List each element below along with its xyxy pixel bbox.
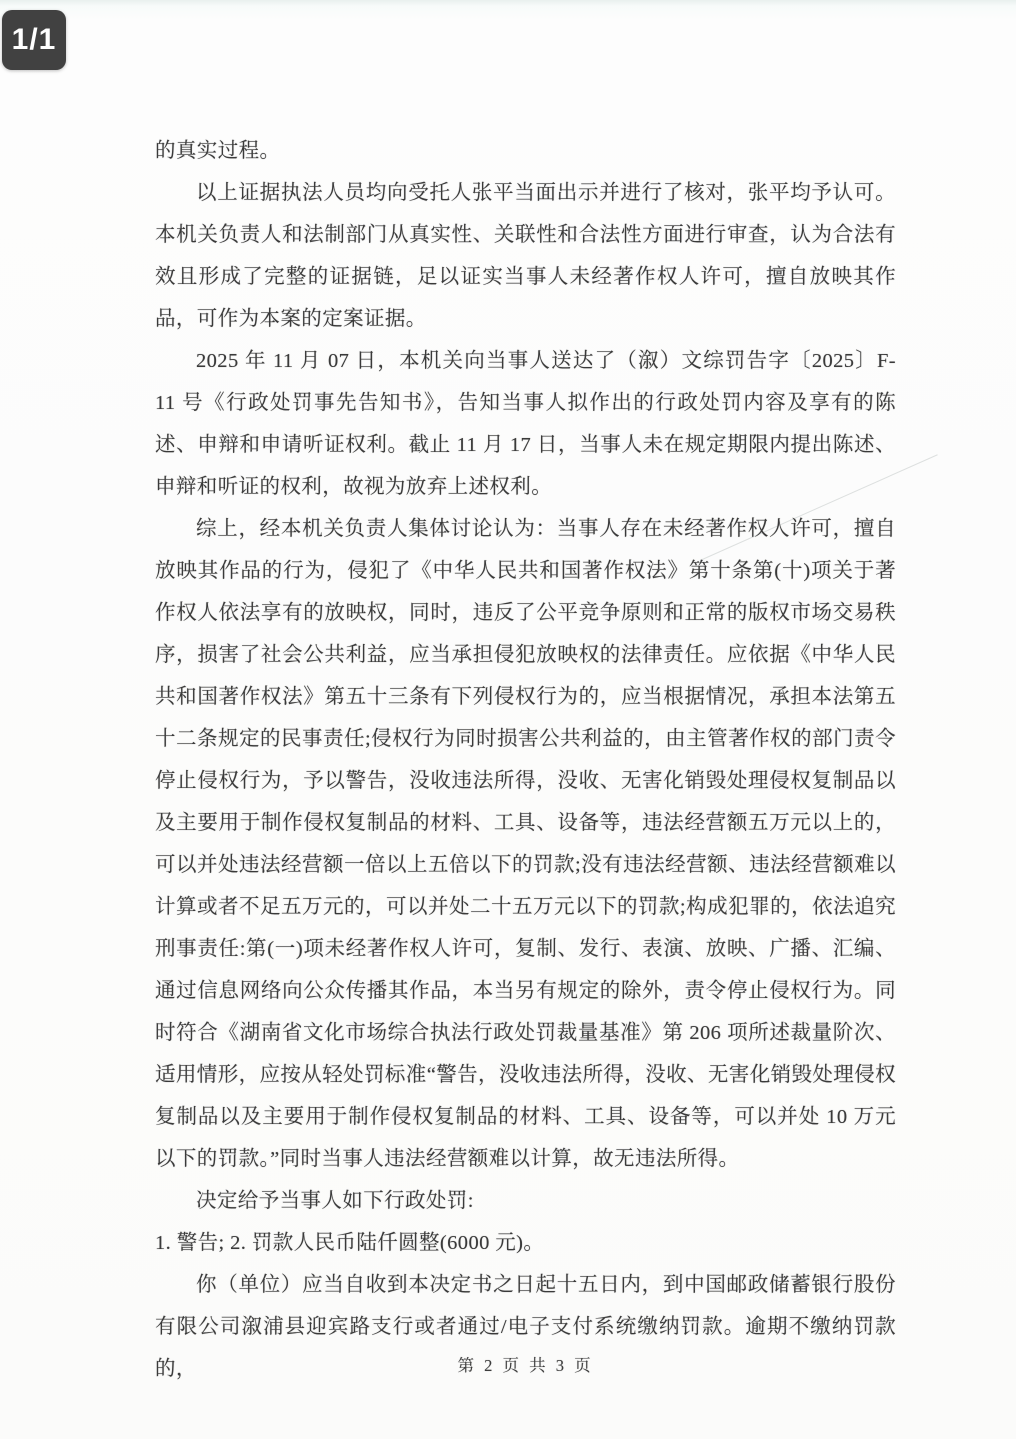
paragraph-decision-intro: 决定给予当事人如下行政处罚: xyxy=(155,1180,896,1222)
paragraph-penalty-items: 1. 警告; 2. 罚款人民币陆仟圆整(6000 元)。 xyxy=(155,1222,896,1264)
scanned-document-page: 1/1 的真实过程。 以上证据执法人员均向受托人张平当面出示并进行了核对，张平均… xyxy=(0,0,1016,1439)
page-number-footer: 第 2 页 共 3 页 xyxy=(155,1352,896,1376)
paragraph-evidence-review: 以上证据执法人员均向受托人张平当面出示并进行了核对，张平均予认可。本机关负责人和… xyxy=(155,172,896,340)
document-body: 的真实过程。 以上证据执法人员均向受托人张平当面出示并进行了核对，张平均予认可。… xyxy=(155,130,896,1390)
paragraph-legal-findings: 综上，经本机关负责人集体讨论认为：当事人存在未经著作权人许可，擅自放映其作品的行… xyxy=(155,508,896,1180)
paragraph-prior-notice: 2025 年 11 月 07 日，本机关向当事人送达了（溆）文综罚告字〔2025… xyxy=(155,340,896,508)
paragraph-continuation: 的真实过程。 xyxy=(155,130,896,172)
page-indicator-badge: 1/1 xyxy=(2,10,66,70)
